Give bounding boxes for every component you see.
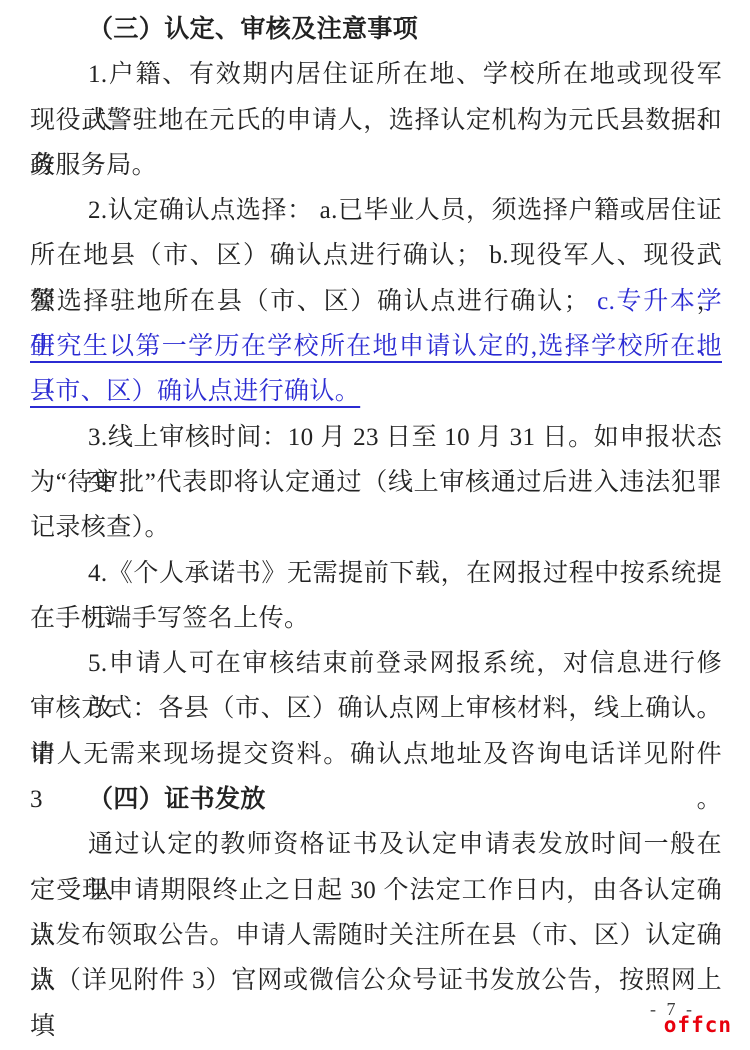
text-line: 为“待审批”代表即将认定通过（线上审核通过后进入违法犯罪 [30, 460, 722, 505]
offcn-logo: offcn [664, 1013, 732, 1037]
text-line: 所在地县（市、区）确认点进行确认； b.现役军人、现役武警， [30, 233, 722, 278]
text-line: 点发布领取公告。申请人需随时关注所在县（市、区）认定确认 [30, 913, 722, 958]
text-line: 5.申请人可在审核结束前登录网报系统，对信息进行修改。 [30, 641, 722, 686]
text-line: 点（详见附件 3）官网或微信公众号证书发放公告，按照网上填 [30, 958, 722, 1003]
text-line: 3.线上审核时间：10 月 23 日至 10 月 31 日。如申报状态变 [30, 415, 722, 460]
text-line: 记录核查）。 [30, 505, 722, 550]
text-line: 现役武警驻地在元氏的申请人，选择认定机构为元氏县数据和政 [30, 98, 722, 143]
text-line: 在手机端手写签名上传。 [30, 596, 722, 641]
text-line: （市、区）确认点进行确认。 [30, 369, 722, 414]
document-page: （三）认定、审核及注意事项1.户籍、有效期内居住证所在地、学校所在地或现役军人、… [0, 0, 750, 1050]
text-line: 审核方式：各县（市、区）确认点网上审核材料，线上确认。申 [30, 686, 722, 731]
text-line: 4.《个人承诺书》无需提前下载，在网报过程中按系统提示 [30, 551, 722, 596]
text-line: 2.认定确认点选择： a.已毕业人员，须选择户籍或居住证 [30, 188, 722, 233]
text-line: 定受理申请期限终止之日起 30 个法定工作日内，由各认定确认 [30, 868, 722, 913]
text-line: 研究生以第一学历在学校所在地申请认定的,选择学校所在地县 [30, 324, 722, 369]
text-line: 通过认定的教师资格证书及认定申请表发放时间一般在认 [30, 822, 722, 867]
text-line: 须选择驻地所在县（市、区）确认点进行确认； c.专升本学生、 [30, 279, 722, 324]
text-segment: 须选择驻地所在县（市、区）确认点进行确认； [30, 288, 597, 315]
text-line: 务服务局。 [30, 143, 722, 188]
section-heading: （三）认定、审核及注意事项 [30, 7, 722, 52]
document-body: （三）认定、审核及注意事项1.户籍、有效期内居住证所在地、学校所在地或现役军人、… [30, 7, 722, 1004]
text-line: 请人无需来现场提交资料。确认点地址及咨询电话详见附件 3。 [30, 732, 722, 777]
text-line: 1.户籍、有效期内居住证所在地、学校所在地或现役军人、 [30, 52, 722, 97]
